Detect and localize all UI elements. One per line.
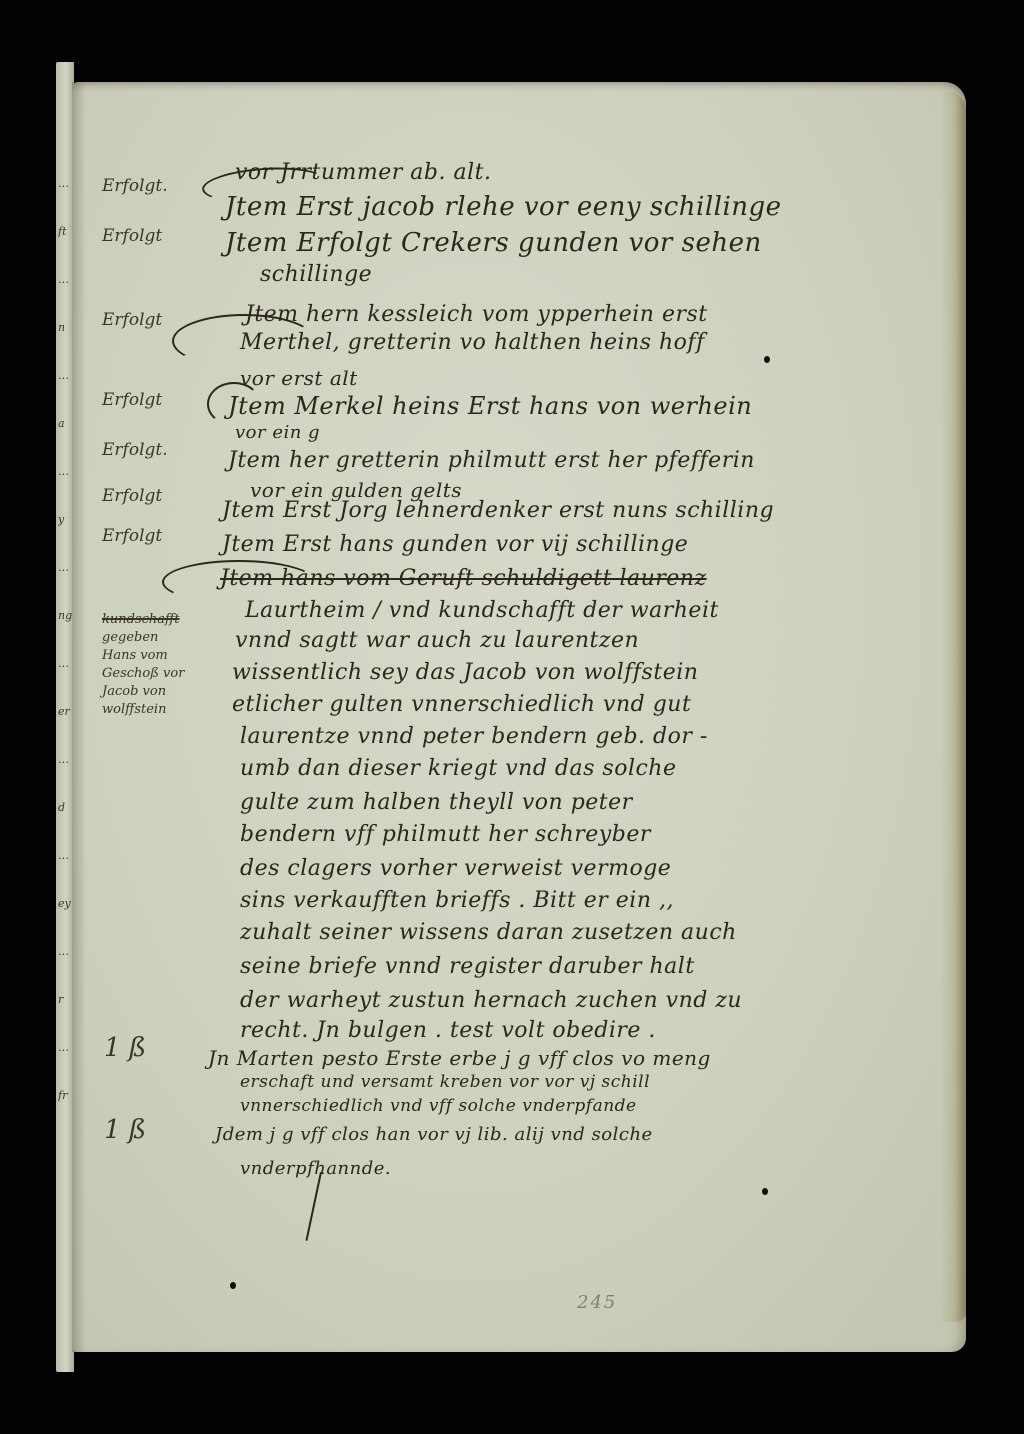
margin-sum: 1 ß [104, 1040, 146, 1056]
margin-erfolgt-label: Erfolgt [102, 392, 162, 408]
manuscript-line: vnnerschiedlich vnd vff solche vnderpfan… [240, 1096, 637, 1116]
margin-note-line: wolffstein [102, 702, 166, 718]
gutter-shadow [72, 82, 86, 1352]
manuscript-line: Jn Marten pesto Erste erbe j g vff clos … [208, 1046, 711, 1070]
manuscript-line: Laurtheim / vnd kundschafft der warheit [245, 598, 719, 623]
margin-sum: 1 ß [104, 1122, 146, 1138]
initial-flourish-3 [162, 560, 316, 604]
initial-flourish-2 [172, 314, 316, 368]
margin-erfolgt-label: Erfolgt. [102, 178, 168, 194]
manuscript-line: vnderpfhannde. [240, 1158, 391, 1179]
manuscript-page: Erfolgt.ErfolgtErfolgtErfolgtErfolgt.Erf… [72, 82, 966, 1352]
manuscript-line: Jtem Erst jacob rlehe vor eeny schilling… [225, 192, 782, 222]
manuscript-line: zuhalt seiner wissens daran zusetzen auc… [240, 920, 737, 945]
manuscript-line: Jtem her gretterin philmutt erst her pfe… [228, 448, 755, 473]
manuscript-line: vnnd sagtt war auch zu laurentzen [235, 628, 639, 653]
manuscript-line: wissentlich sey das Jacob von wolffstein [232, 660, 698, 685]
manuscript-line: des clagers vorher verweist vermoge [240, 856, 671, 881]
ink-dot [230, 1282, 236, 1289]
manuscript-line: der warheyt zustun hernach zuchen vnd zu [240, 988, 742, 1013]
manuscript-line: schillinge [260, 262, 372, 287]
margin-note-line: Jacob von [102, 684, 166, 700]
manuscript-line: sins verkaufften brieffs . Bitt er ein ,… [240, 888, 674, 913]
manuscript-line: Jtem hern kessleich vom ypperhein erst [245, 302, 708, 327]
margin-erfolgt-label: Erfolgt [102, 312, 162, 328]
manuscript-line: bendern vff philmutt her schreyber [240, 822, 651, 847]
manuscript-line: Jdem j g vff clos han vor vj lib. alij v… [215, 1124, 653, 1145]
manuscript-line: seine briefe vnnd register daruber halt [240, 954, 695, 979]
ink-dot [764, 356, 770, 363]
margin-erfolgt-label: Erfolgt [102, 528, 162, 544]
manuscript-line: Jtem Erfolgt Crekers gunden vor sehen [225, 228, 762, 258]
manuscript-line: Jtem Merkel heins Erst hans von werhein [228, 392, 752, 420]
margin-erfolgt-label: Erfolgt [102, 228, 162, 244]
pencil-page-number: 245 [577, 1292, 617, 1313]
manuscript-line: Jtem Erst hans gunden vor vij schillinge [222, 532, 688, 557]
scan-viewer: …ft…n…a…y…ng…er…d…ey…r…fr Erfolgt.Erfolg… [0, 0, 1024, 1434]
manuscript-line: etlicher gulten vnnerschiedlich vnd gut [232, 692, 691, 717]
margin-note-line: Geschoß vor [102, 666, 184, 682]
margin-erfolgt-label: Erfolgt. [102, 442, 168, 458]
manuscript-line: recht. Jn bulgen . test volt obedire . [240, 1018, 656, 1043]
manuscript-line: Jtem Erst Jorg lehnerdenker erst nuns sc… [222, 498, 774, 523]
ink-dot [762, 1188, 768, 1195]
descender-stroke [305, 1172, 322, 1241]
margin-note-line: kundschafft [102, 612, 179, 628]
manuscript-line: laurentze vnnd peter bendern geb. dor - [240, 724, 708, 749]
margin-erfolgt-label: Erfolgt [102, 488, 162, 504]
manuscript-line: vor erst alt [240, 366, 358, 390]
manuscript-line: gulte zum halben theyll von peter [240, 790, 633, 815]
bracket-flourish [207, 382, 261, 426]
margin-note-line: gegeben [102, 630, 158, 646]
margin-note-line: Hans vom [102, 648, 168, 664]
manuscript-line: erschaft und versamt kreben vor vor vj s… [240, 1072, 650, 1092]
manuscript-line: umb dan dieser kriegt vnd das solche [240, 756, 676, 781]
manuscript-line: vor ein g [235, 422, 320, 443]
